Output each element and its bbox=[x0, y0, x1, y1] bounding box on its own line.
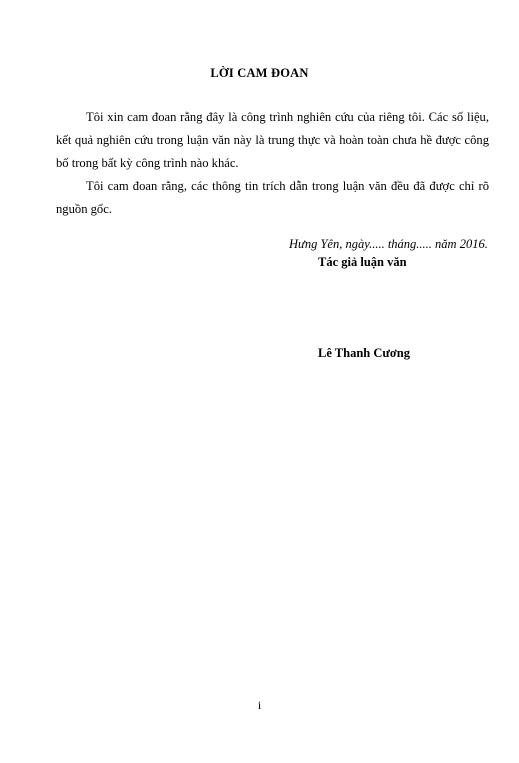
page-title: LỜI CAM ĐOAN bbox=[0, 66, 519, 81]
author-label: Tác giả luận văn bbox=[318, 255, 407, 270]
place-date: Hưng Yên, ngày..... tháng..... năm 2016. bbox=[289, 237, 488, 252]
declaration-body: Tôi xin cam đoan rằng đây là công trình … bbox=[56, 106, 489, 221]
paragraph-2: Tôi cam đoan rằng, các thông tin trích d… bbox=[56, 175, 489, 221]
paragraph-1: Tôi xin cam đoan rằng đây là công trình … bbox=[56, 106, 489, 175]
page-number: i bbox=[0, 698, 519, 713]
document-page: LỜI CAM ĐOAN Tôi xin cam đoan rằng đây l… bbox=[0, 0, 519, 763]
author-name: Lê Thanh Cương bbox=[318, 346, 410, 361]
